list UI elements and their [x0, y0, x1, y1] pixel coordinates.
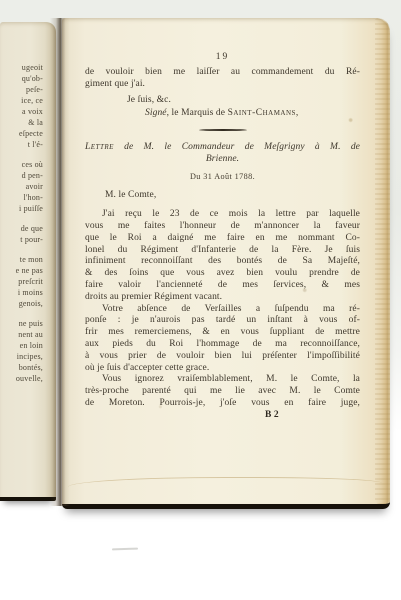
signe-label: Signé	[145, 108, 167, 118]
left-page-line: d pen-	[0, 170, 43, 181]
left-page-line: nent au	[0, 329, 43, 340]
letter-line: de vouloir bien me laiſſer au commandeme…	[85, 67, 360, 79]
paragraph-3: Vous ignorez vraiſemblablement, M. le Co…	[85, 374, 360, 409]
left-page-line: te mon	[0, 254, 43, 265]
left-page-line: bontés,	[0, 362, 43, 373]
right-page: 19 de vouloir bien me laiſſer au command…	[62, 18, 390, 509]
left-page-line: a voix	[0, 106, 43, 117]
heading-lettre-word: Lettre	[85, 142, 114, 152]
salutation: M. le Comte,	[105, 190, 360, 202]
letter-line: faire valoir l'ancienneté de mes ſervice…	[85, 280, 360, 292]
letter-date: Du 31 Août 1788.	[85, 171, 360, 183]
page-content: 19 de vouloir bien me laiſſer au command…	[62, 18, 390, 422]
letter-line: très-proche parenté qui me lie avec M. l…	[85, 386, 360, 398]
paragraph-1: J'ai reçu le 23 de ce mois la lettre par…	[85, 209, 360, 303]
letter-line: J'ai reçu le 23 de ce mois la lettre par…	[85, 209, 360, 221]
left-page-line: eſpecte	[0, 128, 43, 139]
left-page-line: ces où	[0, 159, 43, 170]
letter-line: ponſe : je n'aurois pas tardé un inſtant…	[85, 315, 360, 327]
left-page-line: en loin	[0, 340, 43, 351]
left-page-line: i puiſſe	[0, 203, 43, 214]
heading-rest: de M. le Commandeur de Meſgrigny à M. de	[114, 142, 360, 152]
letter-line: giment que j'ai.	[85, 79, 360, 91]
letter-line: que le Roi a daigné me faire en me nomma…	[85, 233, 360, 245]
left-page-line: ugeoit	[0, 62, 43, 73]
letter-line: infiniment reconnoiſſant des bontés de S…	[85, 256, 360, 268]
letter-line: Vous ignorez vraiſemblablement, M. le Co…	[85, 374, 360, 386]
left-page-line: i moins	[0, 287, 43, 298]
page-bottom-crease	[68, 477, 382, 490]
page-number: 19	[85, 52, 360, 64]
left-page-line: ne puis	[0, 318, 43, 329]
left-page-line: avoir	[0, 181, 43, 192]
letter-heading-line1: Lettre de M. le Commandeur de Meſgrigny …	[85, 142, 360, 154]
section-divider-rule	[199, 129, 247, 131]
left-page-line: qu'ob-	[0, 73, 43, 84]
left-page: ugeoitqu'ob-peſe-ice, cea voix& laeſpect…	[0, 22, 56, 501]
letter-line: de Moreton. Pourrois-je, j'oſe vous en f…	[85, 398, 360, 410]
signature-middle: , le Marquis de	[167, 108, 228, 118]
letter-heading-line2: Brienne.	[85, 154, 360, 166]
left-page-line: & la	[0, 117, 43, 128]
letter-line: aux pieds du Roi l'hommage de ma reconno…	[85, 339, 360, 351]
letter-line: droits au premier Régiment vacant.	[85, 292, 360, 304]
left-page-line: ouvelle,	[0, 373, 43, 384]
letter-line: Votre abſence de Verſailles a ſuſpendu m…	[85, 304, 360, 316]
paragraph-2: Votre abſence de Verſailles a ſuſpendu m…	[85, 304, 360, 375]
opening-paragraph: de vouloir bien me laiſſer au commandeme…	[85, 67, 360, 91]
left-page-line: incipes,	[0, 351, 43, 362]
left-page-line: l'hon-	[0, 192, 43, 203]
closing-line: Je ſuis, &c.	[127, 95, 360, 107]
letter-line: où je ſuis d'accepter cette grace.	[85, 363, 360, 375]
left-page-line: t l'é-	[0, 139, 43, 150]
left-page-line: genois,	[0, 298, 43, 309]
left-page-line: ice, ce	[0, 95, 43, 106]
left-page-line: e ne pas	[0, 265, 43, 276]
left-page-line: t pour-	[0, 234, 43, 245]
letter-heading: Lettre de M. le Commandeur de Meſgrigny …	[85, 142, 360, 166]
signature-tail: ,	[296, 108, 298, 118]
book-photograph: ugeoitqu'ob-peſe-ice, cea voix& laeſpect…	[0, 0, 401, 600]
letter-line: frir mes remerciemens, & en vous ſupplia…	[85, 327, 360, 339]
photo-artifact	[112, 548, 138, 551]
gathering-signature-mark: B 2	[265, 410, 360, 422]
signature-line: Signé, le Marquis de Saint-Chamans,	[145, 108, 360, 120]
letter-line: vous me faites l'honneur de m'annoncer l…	[85, 221, 360, 233]
letter-line: & des ſoins que vous avez bien voulu pre…	[85, 268, 360, 280]
signature-name: Saint-Chamans	[228, 108, 296, 118]
left-page-line: preſcrit	[0, 276, 43, 287]
left-page-text-column: ugeoitqu'ob-peſe-ice, cea voix& laeſpect…	[0, 22, 56, 384]
left-page-line: peſe-	[0, 84, 43, 95]
left-page-line: de que	[0, 223, 43, 234]
letter-line: lonel du Régiment d'Infanterie de la Fèr…	[85, 245, 360, 257]
letter-line: à vous prier de vouloir bien lui préſent…	[85, 351, 360, 363]
